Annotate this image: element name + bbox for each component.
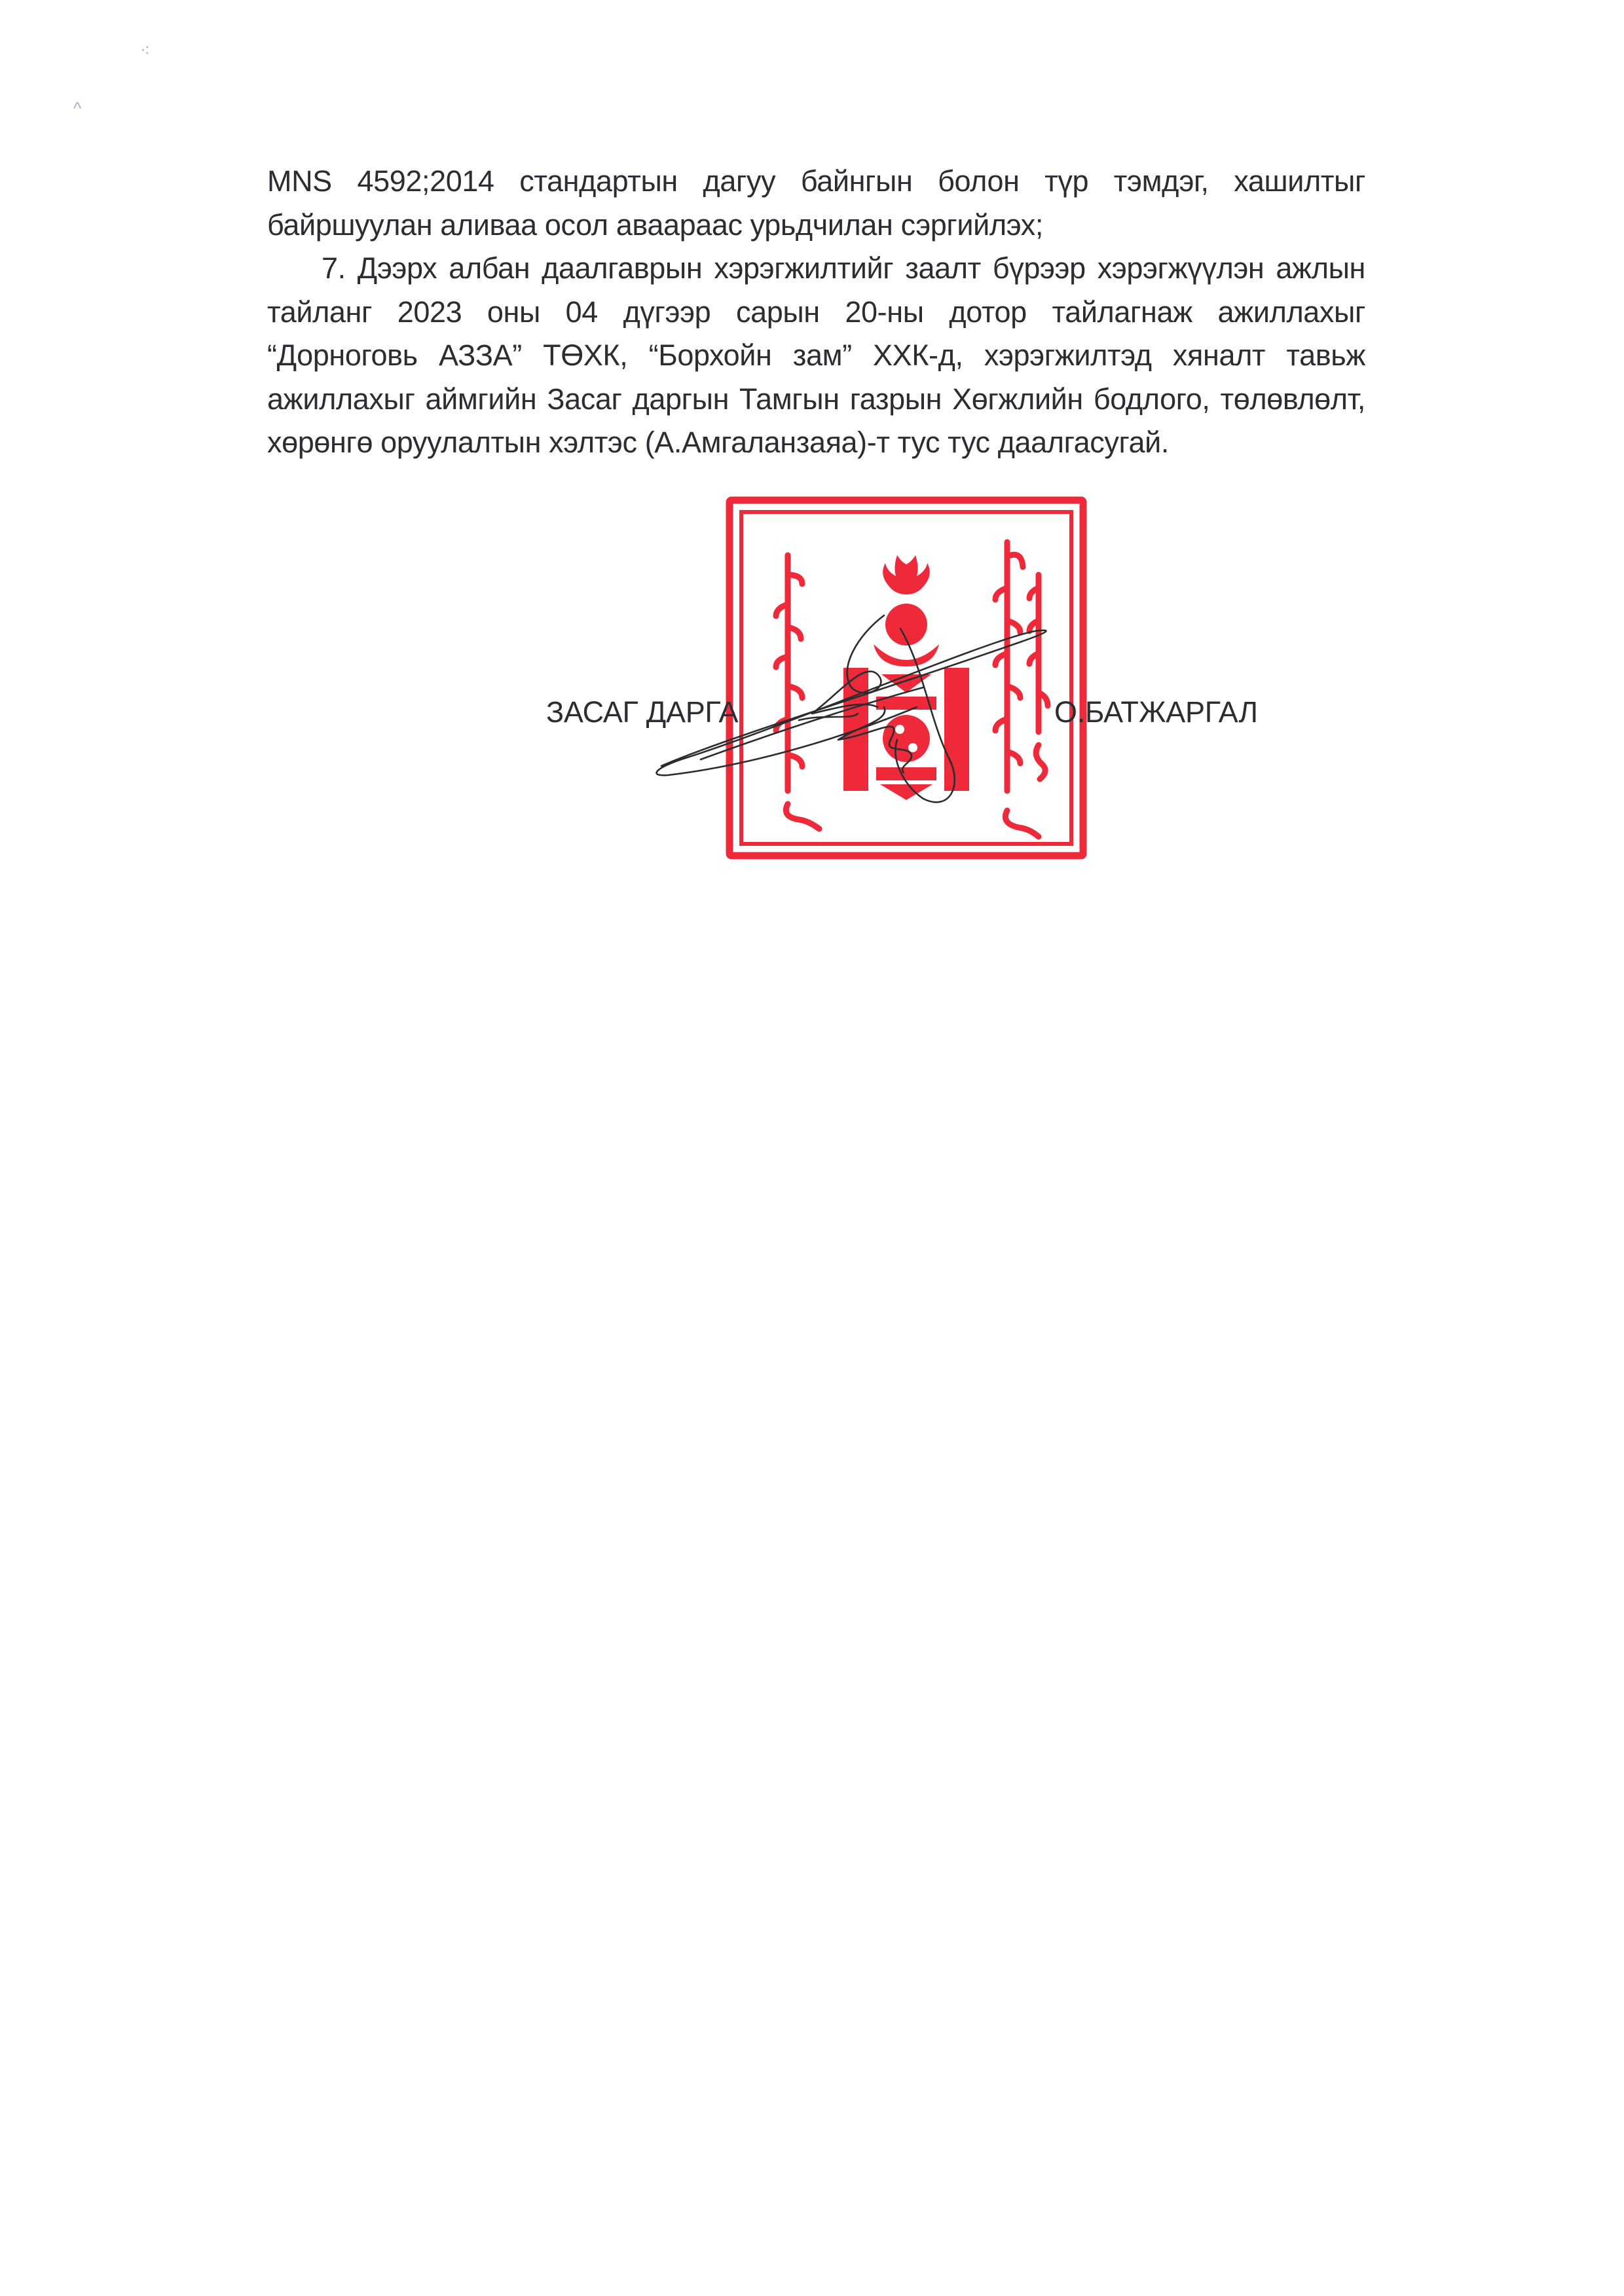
- soyombo-icon: [843, 555, 969, 800]
- scan-artifact-mark: ^: [73, 98, 81, 118]
- signatory-title: ЗАСАГ ДАРГА: [546, 695, 738, 729]
- document-page: ⁖ ^ MNS 4592;2014 стандартын дагуу байнг…: [0, 0, 1624, 2296]
- official-stamp: [726, 496, 1087, 860]
- paragraph-number: 7.: [322, 251, 346, 285]
- paragraph-text: Дээрх албан даалгаврын хэрэгжилтийг заал…: [267, 251, 1365, 459]
- signatory-name: О.БАТЖАРГАЛ: [1054, 695, 1258, 729]
- paragraph-7: 7. Дээрх албан даалгаврын хэрэгжилтийг з…: [267, 247, 1365, 465]
- scan-artifact-mark: ⁖: [140, 41, 150, 61]
- paragraph-6-continuation: MNS 4592;2014 стандартын дагуу байнгын б…: [267, 160, 1365, 247]
- document-body: MNS 4592;2014 стандартын дагуу байнгын б…: [267, 160, 1365, 465]
